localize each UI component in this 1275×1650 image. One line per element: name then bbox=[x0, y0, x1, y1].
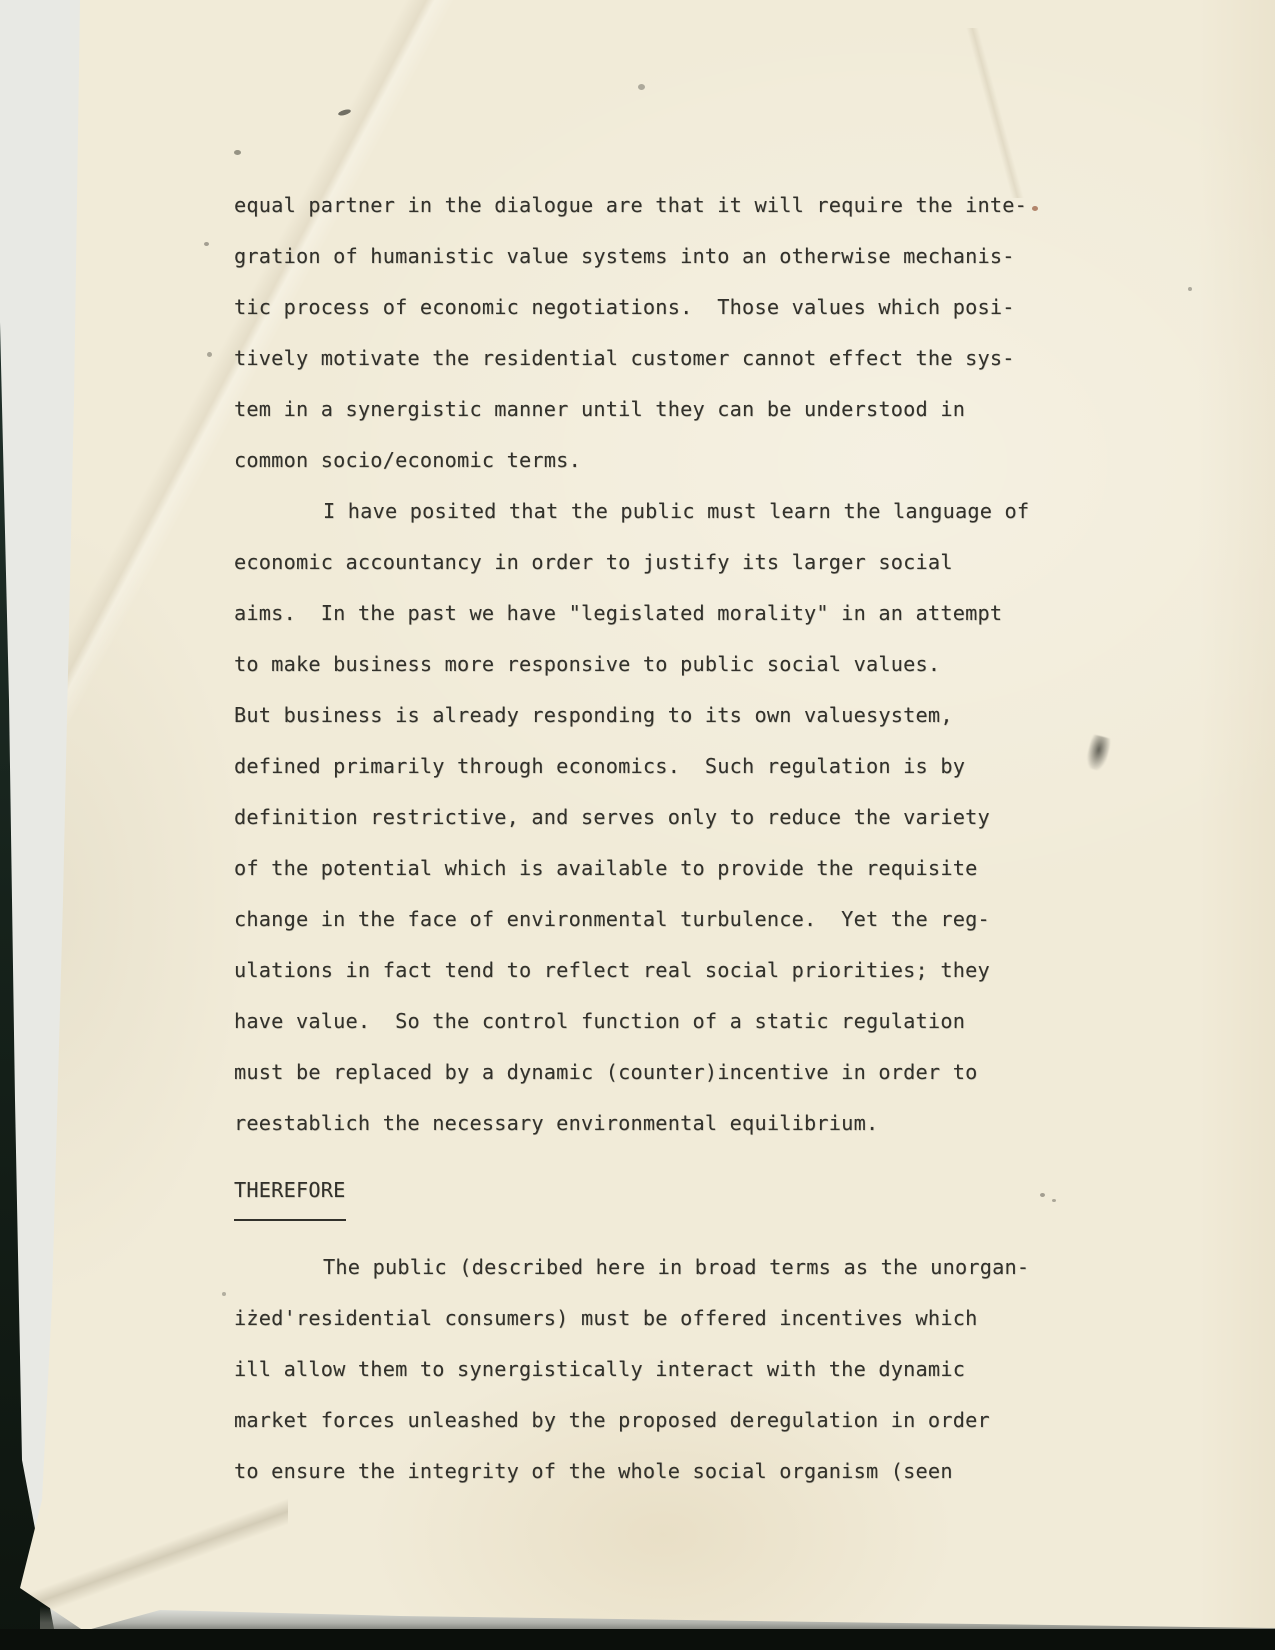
text-line: defined primarily through economics. Suc… bbox=[234, 741, 1049, 792]
text-line: market forces unleashed by the proposed … bbox=[234, 1395, 1049, 1446]
section-heading: THEREFORE bbox=[234, 1165, 1049, 1221]
text-line: change in the face of environmental turb… bbox=[234, 894, 1049, 945]
section-heading-label: THEREFORE bbox=[234, 1165, 346, 1221]
paper-speck bbox=[204, 242, 209, 246]
paper-speck bbox=[338, 108, 352, 116]
paper-crease-top-right bbox=[915, 28, 1075, 198]
text-line: tic process of economic negotiations. Th… bbox=[234, 282, 1049, 333]
typewritten-text: equal partner in the dialogue are that i… bbox=[234, 180, 1049, 1497]
text-line: iżed'residential consumers) must be offe… bbox=[234, 1293, 1049, 1344]
text-line: gration of humanistic value systems into… bbox=[234, 231, 1049, 282]
text-line: ill allow them to synergistically intera… bbox=[234, 1344, 1049, 1395]
text-line: equal partner in the dialogue are that i… bbox=[234, 180, 1049, 231]
text-line: have value. So the control function of a… bbox=[234, 996, 1049, 1047]
text-line: tively motivate the residential customer… bbox=[234, 333, 1049, 384]
text-line: ulations in fact tend to reflect real so… bbox=[234, 945, 1049, 996]
paper-speck bbox=[222, 1292, 226, 1296]
paper-speck bbox=[1052, 1199, 1056, 1202]
text-line: must be replaced by a dynamic (counter)i… bbox=[234, 1047, 1049, 1098]
ink-smudge bbox=[1084, 734, 1112, 772]
text-line: The public (described here in broad term… bbox=[234, 1242, 1049, 1293]
text-line: tem in a synergistic manner until they c… bbox=[234, 384, 1049, 435]
paper-speck bbox=[207, 352, 212, 357]
text-line: I have posited that the public must lear… bbox=[234, 486, 1049, 537]
text-line: definition restrictive, and serves only … bbox=[234, 792, 1049, 843]
scanned-page: equal partner in the dialogue are that i… bbox=[0, 0, 1275, 1650]
text-line: to make business more responsive to publ… bbox=[234, 639, 1049, 690]
text-line: common socio/economic terms. bbox=[234, 435, 1049, 486]
text-line: reestablich the necessary environmental … bbox=[234, 1098, 1049, 1149]
scan-background: { "theme": { "paper": "#f1ebd8", "ink": … bbox=[0, 0, 1275, 1650]
paper-speck bbox=[234, 150, 241, 155]
paper-speck bbox=[638, 84, 645, 90]
text-line: to ensure the integrity of the whole soc… bbox=[234, 1446, 1049, 1497]
text-line: economic accountancy in order to justify… bbox=[234, 537, 1049, 588]
text-line: of the potential which is available to p… bbox=[234, 843, 1049, 894]
paper-speck bbox=[1188, 287, 1192, 291]
text-line: aims. In the past we have "legislated mo… bbox=[234, 588, 1049, 639]
scanner-bed-edge-bottom bbox=[0, 1629, 1275, 1650]
text-line: But business is already responding to it… bbox=[234, 690, 1049, 741]
